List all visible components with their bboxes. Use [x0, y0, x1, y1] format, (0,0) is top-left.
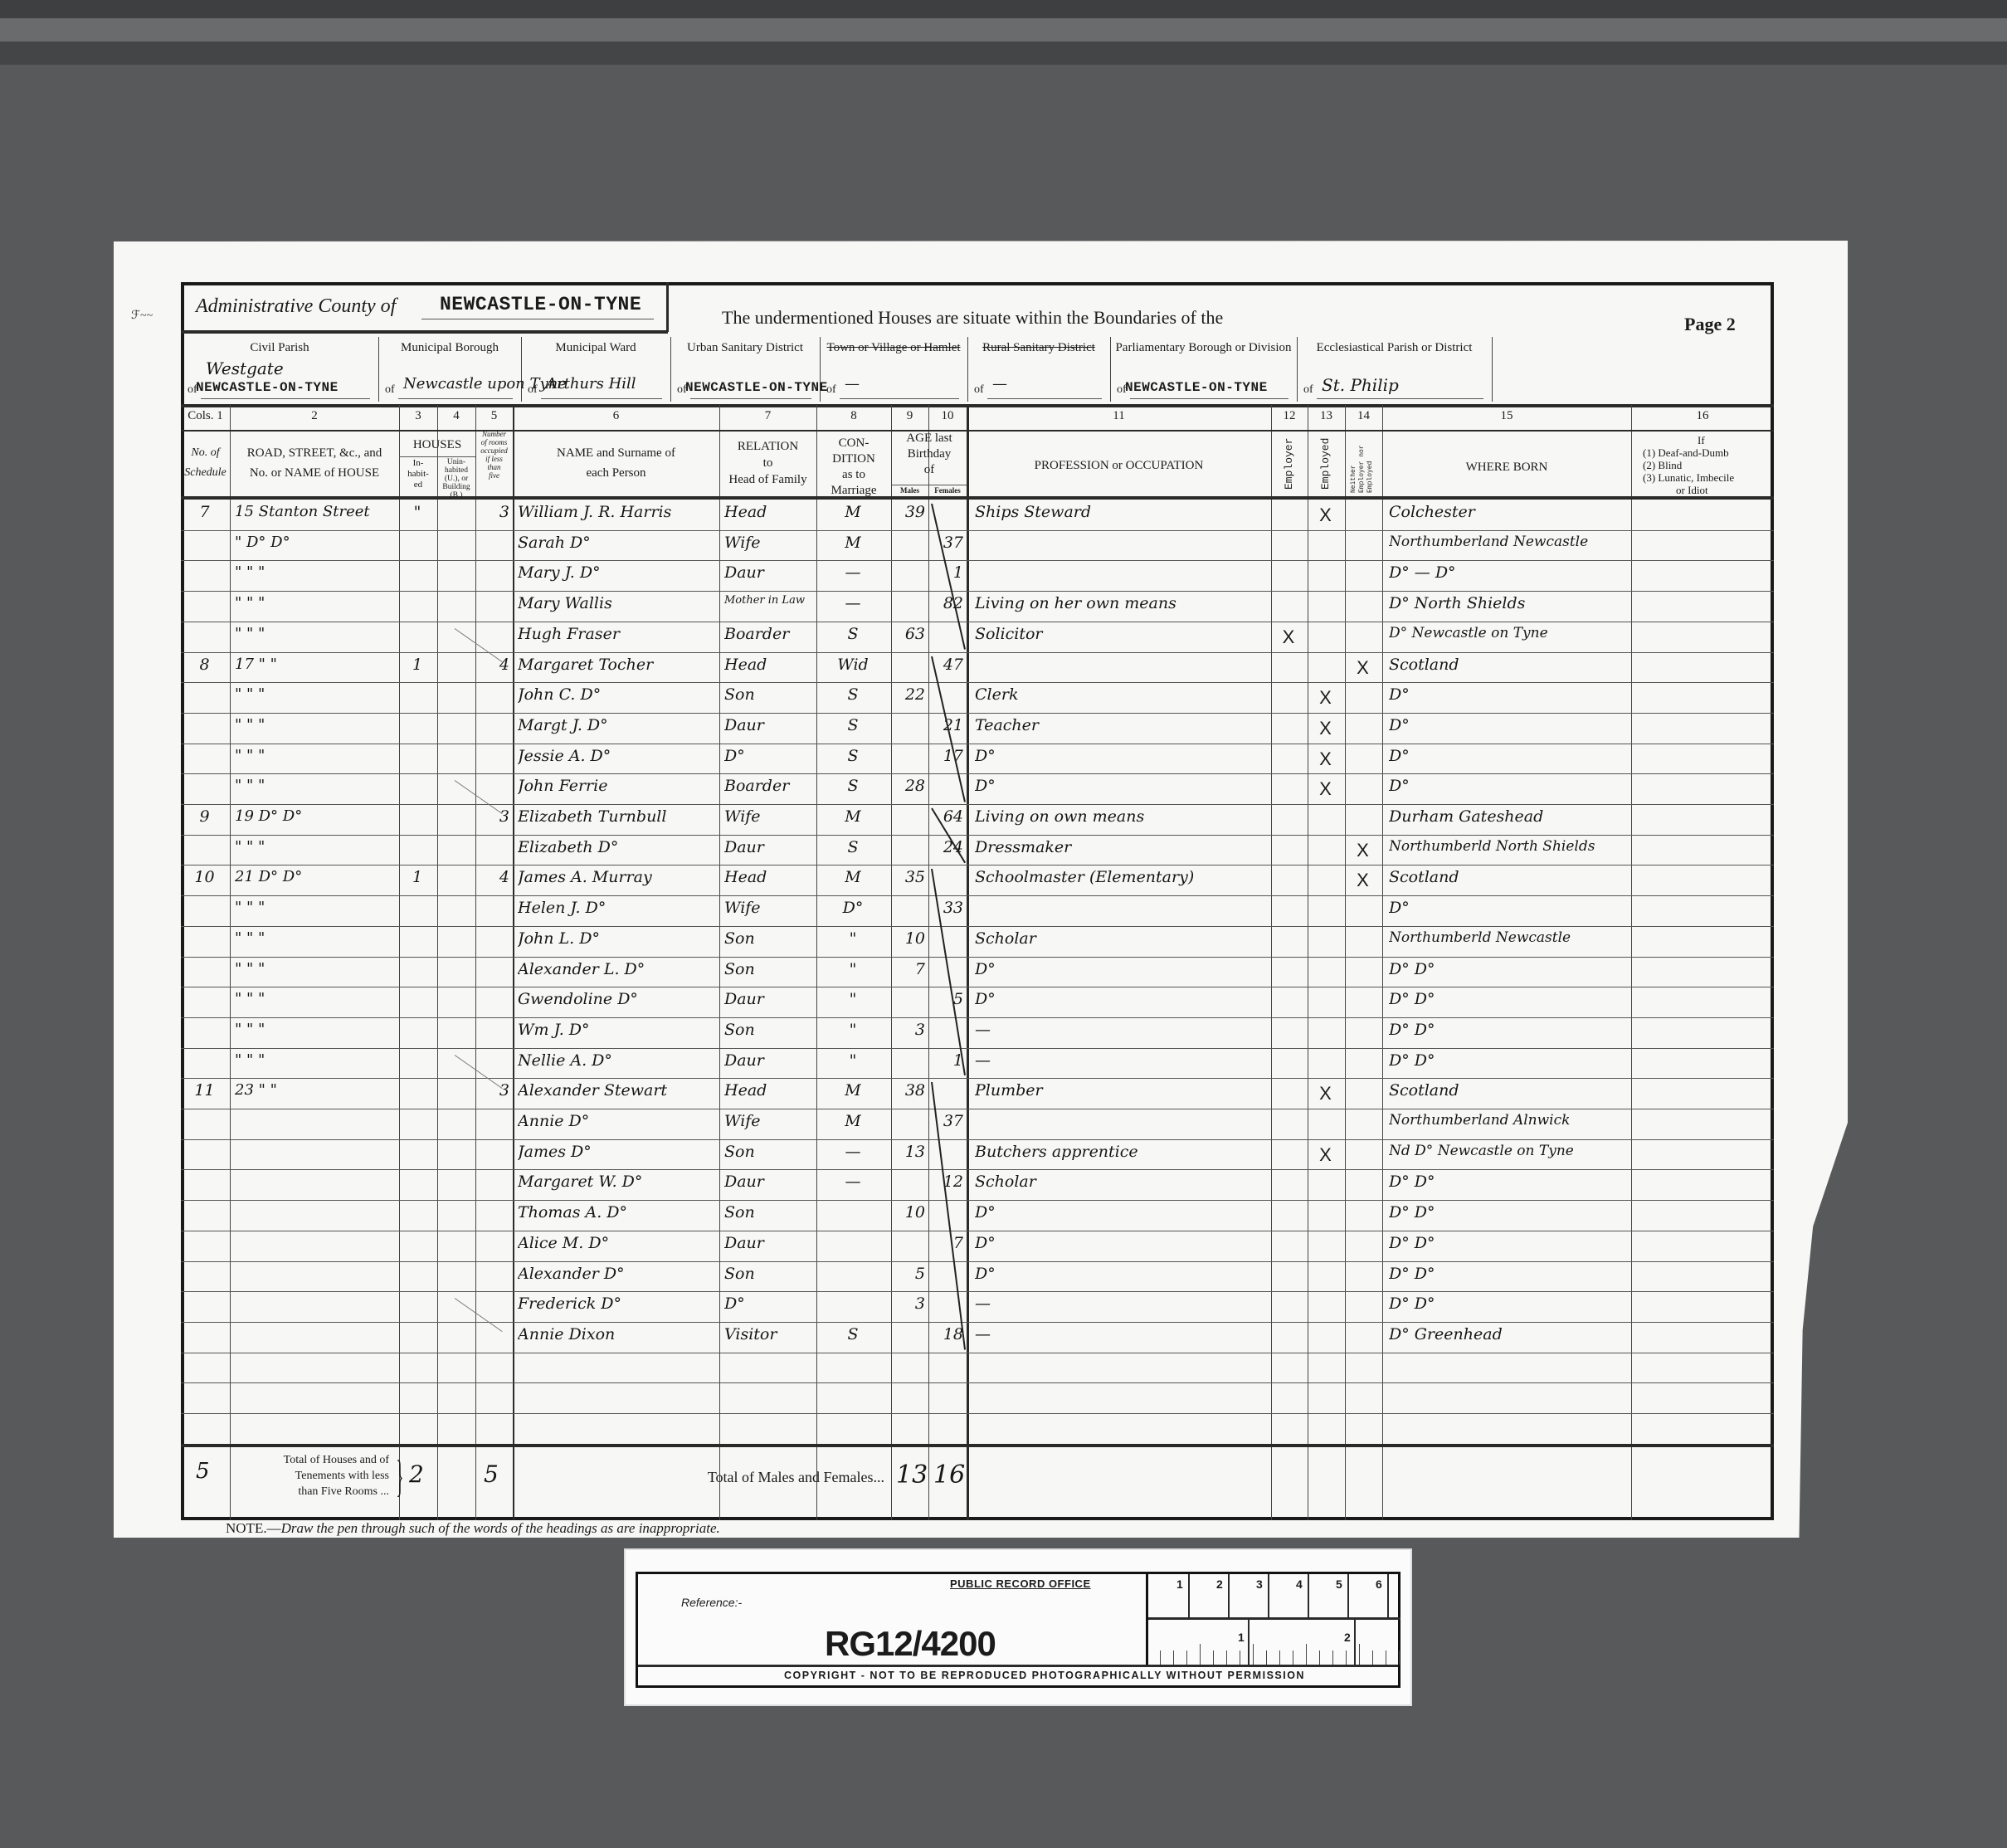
cell-address: " " "	[235, 929, 399, 947]
cell-where-born: D° North Shields	[1389, 594, 1631, 612]
total-inhabited: 2	[409, 1460, 424, 1488]
division-value-handwritten: Westgate	[206, 358, 284, 378]
column-number: Cols. 1	[181, 409, 230, 423]
cell-condition: S	[818, 777, 888, 795]
cell-age-f: 82	[930, 594, 963, 612]
table-row: " " "Hugh FraserBoarderS63SolicitorXD° N…	[181, 622, 1774, 652]
background-band	[0, 0, 2007, 18]
cell-age-m: 28	[893, 777, 925, 795]
total-males-females-label: Total of Males and Females...	[513, 1469, 884, 1486]
ruler-label: 1	[1176, 1577, 1183, 1591]
cell-name: James D°	[518, 1143, 719, 1161]
cell-condition: S	[818, 685, 888, 704]
background-band	[0, 18, 2007, 41]
column-number: 10	[928, 409, 967, 423]
cell-address: 19 D° D°	[235, 807, 399, 825]
cell-relation: Daur	[724, 838, 816, 856]
cell-condition: —	[818, 1173, 888, 1191]
division-prefix: of	[974, 383, 984, 397]
cell-name: Annie D°	[518, 1112, 719, 1130]
cell-where-born: D°	[1389, 685, 1631, 704]
cell-relation: Wife	[724, 807, 816, 826]
cell-occupation: D°	[975, 960, 1271, 978]
cell-name: Margt J. D°	[518, 716, 719, 734]
heading-col13: Employed	[1319, 438, 1332, 490]
cell-occupation: Plumber	[975, 1081, 1271, 1100]
row-rule	[181, 1353, 1774, 1353]
reference-number: RG12/4200	[825, 1624, 996, 1664]
cell-employed: X	[1309, 1083, 1342, 1104]
ruler-minor-tick	[1226, 1651, 1227, 1665]
division-label: Urban Sanitary District	[670, 340, 820, 355]
table-row: " " "John C. D°SonS22ClerkXD°	[181, 682, 1774, 713]
cell-name: Alexander D°	[518, 1265, 719, 1283]
ruler-minor-tick	[1332, 1651, 1333, 1665]
cell-where-born: D°	[1389, 777, 1631, 795]
divider	[666, 282, 669, 332]
division-value-stamped: NEWCASTLE-ON-TYNE	[685, 380, 828, 395]
cell-name: Frederick D°	[518, 1295, 719, 1313]
cell-name: Sarah D°	[518, 534, 719, 552]
cell-schedule: 10	[183, 868, 227, 886]
cell-relation: Daur	[724, 1173, 816, 1191]
cell-address: 21 D° D°	[235, 868, 399, 885]
cell-where-born: D° D°	[1389, 1295, 1631, 1313]
heading-males: Males	[891, 486, 928, 495]
cell-name: Jessie A. D°	[518, 747, 719, 765]
table-row: " D° D°Sarah D°WifeM37Northumberland New…	[181, 530, 1774, 561]
division-label: Rural Sanitary District	[967, 340, 1110, 355]
public-record-office: PUBLIC RECORD OFFICE	[950, 1577, 1091, 1590]
table-row: " " "John L. D°Son"10ScholarNorthumberld…	[181, 926, 1774, 957]
cell-relation: Head	[724, 1081, 816, 1100]
cell-condition: "	[818, 929, 888, 948]
cell-relation: Son	[724, 1203, 816, 1221]
ruler-tick	[1354, 1617, 1356, 1665]
cell-occupation: —	[975, 1021, 1271, 1039]
cell-condition: M	[818, 534, 888, 552]
cell-address: " " "	[235, 563, 399, 581]
column-number: 6	[513, 409, 719, 423]
ruler-minor-tick	[1160, 1651, 1161, 1665]
cell-condition: M	[818, 868, 888, 886]
cell-relation: Daur	[724, 990, 816, 1008]
background-band	[0, 41, 2007, 65]
underline	[541, 398, 662, 399]
cell-name: Gwendoline D°	[518, 990, 719, 1008]
cell-where-born: D° D°	[1389, 1021, 1631, 1039]
column-number: 11	[967, 409, 1271, 423]
note-prefix: NOTE.—	[226, 1520, 281, 1536]
column-number: 5	[475, 409, 513, 423]
cell-name: Hugh Fraser	[518, 625, 719, 643]
ruler-minor-tick	[1279, 1651, 1280, 1665]
cell-address: " " "	[235, 1051, 399, 1069]
underline	[987, 398, 1102, 399]
division-value-stamped: NEWCASTLE-ON-TYNE	[196, 380, 339, 395]
cell-where-born: D° — D°	[1389, 563, 1631, 582]
cell-name: Helen J. D°	[518, 899, 719, 917]
ruler-minor-tick	[1186, 1651, 1187, 1665]
column-number: 7	[719, 409, 816, 423]
cell-address: " " "	[235, 716, 399, 734]
cell-age-f: 18	[930, 1325, 963, 1343]
cell-age-f: 7	[930, 1234, 963, 1252]
cell-address: " " "	[235, 594, 399, 612]
note: NOTE.—Draw the pen through such of the w…	[226, 1520, 720, 1537]
column-number: 3	[399, 409, 437, 423]
cell-name: Alexander L. D°	[518, 960, 719, 978]
cell-neither: X	[1347, 870, 1379, 891]
table-row: Alexander D°Son5D°D° D°	[181, 1261, 1774, 1292]
cell-condition: S	[818, 625, 888, 643]
cell-where-born: D° D°	[1389, 990, 1631, 1008]
ruler-minor-tick	[1266, 1651, 1267, 1665]
heading-col9_10: AGE last	[891, 432, 967, 446]
division-prefix: of	[826, 383, 836, 397]
cell-rooms: 3	[477, 807, 509, 826]
cell-neither: X	[1347, 840, 1379, 861]
admin-county-value: NEWCASTLE-ON-TYNE	[440, 294, 641, 315]
ruler-label: 2	[1344, 1631, 1351, 1644]
cell-address: " " "	[235, 685, 399, 703]
cell-occupation: D°	[975, 747, 1271, 765]
cell-age-m: 7	[893, 960, 925, 978]
cell-condition: M	[818, 1112, 888, 1130]
table-row: " " "Elizabeth D°DaurS24DressmakerXNorth…	[181, 835, 1774, 865]
cell-condition: M	[818, 503, 888, 521]
ruler-minor-tick	[1386, 1651, 1386, 1665]
cell-occupation: Scholar	[975, 929, 1271, 948]
division-label: Town or Village or Hamlet	[820, 340, 967, 355]
cell-name: Margaret Tocher	[518, 656, 719, 674]
divider	[181, 1444, 1774, 1447]
cell-age-m: 13	[893, 1143, 925, 1161]
cell-condition: M	[818, 1081, 888, 1100]
ruler-label: 6	[1376, 1577, 1382, 1591]
heading-col9_10: of	[891, 463, 967, 477]
division-label: Municipal Ward	[521, 340, 670, 355]
heading-col7: to	[719, 456, 816, 471]
cell-condition: S	[818, 1325, 888, 1343]
boundaries-text: The undermentioned Houses are situate wi…	[722, 307, 1223, 329]
heading-col9_10: Birthday	[891, 447, 967, 461]
margin-mark: ℱ~~	[131, 309, 153, 323]
cell-age-m: 63	[893, 625, 925, 643]
cell-rooms: 3	[477, 1081, 509, 1100]
total-schedules: 5	[196, 1459, 210, 1484]
note-text: Draw the pen through such of the words o…	[281, 1520, 720, 1536]
heading-col16: (1) Deaf-and-Dumb	[1643, 446, 1729, 460]
heading-col3: ed	[399, 480, 437, 490]
cell-schedule: 8	[183, 656, 227, 674]
cell-condition: M	[818, 807, 888, 826]
cell-condition: Wid	[818, 656, 888, 674]
cell-name: Mary Wallis	[518, 594, 719, 612]
cell-inhabited: 1	[401, 656, 434, 674]
table-row: " " "Wm J. D°Son"3—D° D°	[181, 1017, 1774, 1048]
table-row: " " "Nellie A. D°Daur"1—D° D°	[181, 1048, 1774, 1079]
cell-condition: —	[818, 563, 888, 582]
ruler-minor-tick	[1359, 1644, 1360, 1665]
table-row: 919 D° D°3Elizabeth TurnbullWifeM64Livin…	[181, 804, 1774, 835]
heading-col7: Head of Family	[719, 473, 816, 487]
cell-relation: Son	[724, 685, 816, 704]
cell-rooms: 4	[477, 868, 509, 886]
cell-age-m: 22	[893, 685, 925, 704]
cell-occupation: Schoolmaster (Elementary)	[975, 868, 1271, 886]
cell-name: Elizabeth D°	[518, 838, 719, 856]
table-row: Frederick D°D°3—D° D°	[181, 1291, 1774, 1322]
underline	[840, 398, 959, 399]
cell-relation: Mother in Law	[724, 594, 816, 607]
heading-occupation: PROFESSION or OCCUPATION	[967, 459, 1271, 473]
cell-age-m: 39	[893, 503, 925, 521]
cell-condition: S	[818, 838, 888, 856]
cell-rooms: 3	[477, 503, 509, 521]
division-label: Civil Parish	[181, 340, 378, 355]
table-row: 817 " "14Margaret TocherHeadWid47XScotla…	[181, 652, 1774, 683]
cell-age-m: 3	[893, 1021, 925, 1039]
heading-col8: DITION	[816, 452, 891, 466]
table-row: James D°Son—13Butchers apprenticeXNd D° …	[181, 1139, 1774, 1170]
ruler-minor-tick	[1200, 1644, 1201, 1665]
cell-age-f: 17	[930, 747, 963, 765]
underline	[1130, 398, 1288, 399]
cell-relation: Wife	[724, 1112, 816, 1130]
cell-name: Alexander Stewart	[518, 1081, 719, 1100]
column-number: 8	[816, 409, 891, 423]
cell-relation: Head	[724, 656, 816, 674]
cell-schedule: 7	[183, 503, 227, 521]
cell-name: James A. Murray	[518, 868, 719, 886]
cell-address: " " "	[235, 838, 399, 856]
table-row: 1021 D° D°14James A. MurrayHeadM35School…	[181, 865, 1774, 895]
division-label: Parliamentary Borough or Division	[1110, 340, 1297, 355]
total-males: 13	[896, 1460, 928, 1490]
cell-schedule: 9	[183, 807, 227, 826]
cell-employed: X	[1309, 778, 1342, 800]
cell-where-born: D° D°	[1389, 1203, 1631, 1221]
total-females: 16	[933, 1460, 965, 1490]
ruler-minor-tick	[1173, 1651, 1174, 1665]
cell-relation: Head	[724, 503, 816, 521]
cell-name: John C. D°	[518, 685, 719, 704]
row-rule	[181, 1413, 1774, 1414]
cell-relation: Daur	[724, 1051, 816, 1070]
ruler-minor-tick	[1253, 1644, 1254, 1665]
divider	[181, 404, 1774, 407]
cell-name: Margaret W. D°	[518, 1173, 719, 1191]
cell-employer: X	[1273, 627, 1304, 648]
underline	[421, 319, 654, 319]
cell-relation: Wife	[724, 534, 816, 552]
heading-col16: or Idiot	[1676, 484, 1708, 497]
cell-occupation: D°	[975, 1203, 1271, 1221]
cell-age-f: 37	[930, 534, 963, 552]
cell-occupation: Solicitor	[975, 625, 1271, 643]
cell-where-born: Colchester	[1389, 503, 1631, 521]
total-houses-label: than Five Rooms ...	[265, 1485, 389, 1499]
ruler-tick	[1308, 1574, 1309, 1617]
cell-occupation: —	[975, 1051, 1271, 1070]
cell-where-born: D°	[1389, 899, 1631, 917]
column-number: 2	[230, 409, 399, 423]
cell-where-born: Scotland	[1389, 1081, 1631, 1100]
cell-occupation: Living on own means	[975, 807, 1271, 826]
cell-address: " " "	[235, 990, 399, 1007]
cell-address: " D° D°	[235, 534, 399, 551]
cell-relation: Head	[724, 868, 816, 886]
divider	[399, 456, 475, 457]
divider	[181, 430, 1774, 432]
table-row: Annie D°WifeM37Northumberland Alnwick	[181, 1109, 1774, 1139]
ruler-minor-tick	[1240, 1651, 1240, 1665]
cell-relation: Son	[724, 1265, 816, 1283]
heading-col16: (3) Lunatic, Imbecile	[1643, 471, 1734, 485]
census-form: Administrative County of NEWCASTLE-ON-TY…	[181, 282, 1774, 1520]
cell-occupation: D°	[975, 990, 1271, 1008]
table-row: " " "Gwendoline D°Daur"5D°D° D°	[181, 987, 1774, 1017]
cell-relation: Daur	[724, 1234, 816, 1252]
cell-age-f: 5	[930, 990, 963, 1008]
cell-address: " " "	[235, 625, 399, 642]
cell-occupation: Ships Steward	[975, 503, 1271, 521]
table-row: Alice M. D°Daur7D°D° D°	[181, 1231, 1774, 1261]
admin-county-label: Administrative County of	[196, 295, 396, 318]
ruler-label: 5	[1336, 1577, 1342, 1591]
heading-col5: five	[475, 471, 513, 480]
cell-employed: X	[1309, 687, 1342, 709]
cell-relation: Wife	[724, 899, 816, 917]
heading-col14: Neither Employer nor Employed	[1350, 433, 1378, 493]
cell-name: Alice M. D°	[518, 1234, 719, 1252]
total-houses-label: Total of Houses and of	[265, 1454, 389, 1467]
heading-col5: of rooms	[475, 438, 513, 446]
ruler-tick	[1387, 1574, 1389, 1617]
division-label: Ecclesiastical Parish or District	[1297, 340, 1492, 355]
ruler-minor-tick	[1213, 1651, 1214, 1665]
heading-col16: If	[1698, 434, 1705, 447]
ruler-minor-tick	[1319, 1651, 1320, 1665]
ruler-minor-tick	[1293, 1651, 1293, 1665]
cell-occupation: Dressmaker	[975, 838, 1271, 856]
cell-occupation: D°	[975, 1265, 1271, 1283]
cell-employed: X	[1309, 505, 1342, 526]
heading-col1: Schedule	[181, 466, 230, 480]
cell-condition: S	[818, 716, 888, 734]
underline	[398, 398, 513, 399]
cell-condition: D°	[818, 899, 888, 917]
heading-col8: CON-	[816, 436, 891, 451]
cell-occupation: Teacher	[975, 716, 1271, 734]
total-houses-label: Tenements with less	[265, 1470, 389, 1483]
cell-name: John L. D°	[518, 929, 719, 948]
cell-name: William J. R. Harris	[518, 503, 719, 521]
cell-age-m: 3	[893, 1295, 925, 1313]
cell-name: Thomas A. D°	[518, 1203, 719, 1221]
ruler-tick	[1347, 1574, 1349, 1617]
archive-reference-label: PUBLIC RECORD OFFICE Reference:- RG12/42…	[624, 1548, 1412, 1706]
heading-col1: No. of	[181, 446, 230, 460]
heading-col12: Employer	[1283, 438, 1295, 490]
cell-name: Nellie A. D°	[518, 1051, 719, 1070]
cell-name: Elizabeth Turnbull	[518, 807, 719, 826]
cell-name: Mary J. D°	[518, 563, 719, 582]
cell-age-m: 38	[893, 1081, 925, 1100]
cell-where-born: D° Greenhead	[1389, 1325, 1631, 1343]
cell-address: " " "	[235, 1021, 399, 1038]
table-row: " " "Mary J. D°Daur—1D° — D°	[181, 560, 1774, 591]
division-label: Municipal Borough	[378, 340, 521, 355]
cell-where-born: Northumberld Newcastle	[1389, 929, 1631, 946]
heading-col8: as to	[816, 468, 891, 482]
cell-address: " " "	[235, 747, 399, 764]
row-rule	[181, 1382, 1774, 1383]
cell-relation: Son	[724, 929, 816, 948]
ruler-label: 4	[1296, 1577, 1303, 1591]
table-row: 1123 " "3Alexander StewartHeadM38Plumber…	[181, 1078, 1774, 1109]
heading-col16: (2) Blind	[1643, 459, 1682, 472]
cell-age-f: 33	[930, 899, 963, 917]
heading-col6: NAME and Surname of	[513, 446, 719, 461]
column-number: 15	[1382, 409, 1631, 423]
cell-neither: X	[1347, 657, 1379, 679]
heading-col5: Number	[475, 430, 513, 438]
scale-ruler: 12345612	[1146, 1574, 1401, 1665]
cell-age-m: 35	[893, 868, 925, 886]
cell-relation: Son	[724, 1143, 816, 1161]
cell-where-born: D°	[1389, 747, 1631, 765]
column-number: 12	[1271, 409, 1308, 423]
underline	[690, 398, 811, 399]
cell-address: 17 " "	[235, 656, 399, 673]
divider	[181, 330, 668, 334]
cell-occupation: Living on her own means	[975, 594, 1271, 612]
copyright-notice: COPYRIGHT - NOT TO BE REPRODUCED PHOTOGR…	[784, 1670, 1305, 1681]
heading-col3: In-	[399, 458, 437, 468]
heading-where-born: WHERE BORN	[1382, 461, 1631, 475]
ruler-label: 1	[1238, 1631, 1245, 1644]
ruler-tick	[1188, 1574, 1190, 1617]
divider	[638, 1665, 1398, 1667]
column-number: 16	[1631, 409, 1774, 423]
cell-name: Wm J. D°	[518, 1021, 719, 1039]
cell-where-born: D° D°	[1389, 1234, 1631, 1252]
division-prefix: of	[528, 383, 538, 397]
heading-col5: if less	[475, 455, 513, 463]
cell-where-born: D° D°	[1389, 1173, 1631, 1191]
heading-col4: (U.), or	[437, 475, 475, 483]
cell-where-born: Scotland	[1389, 868, 1631, 886]
ruler-minor-tick	[1346, 1651, 1347, 1665]
cell-relation: Daur	[724, 716, 816, 734]
cell-relation: Son	[724, 960, 816, 978]
cell-where-born: D° D°	[1389, 960, 1631, 978]
cell-occupation: Scholar	[975, 1173, 1271, 1191]
cell-condition: S	[818, 747, 888, 765]
column-number: 4	[437, 409, 475, 423]
divider	[1148, 1617, 1401, 1620]
heading-col7: RELATION	[719, 440, 816, 454]
cell-employed: X	[1309, 1144, 1342, 1166]
cell-employed: X	[1309, 748, 1342, 770]
heading-col8: Marriage	[816, 484, 891, 498]
division-value-handwritten: St. Philip	[1322, 375, 1399, 395]
cell-condition: "	[818, 1021, 888, 1039]
cell-address: " " "	[235, 960, 399, 978]
reference-label: Reference:-	[681, 1596, 742, 1609]
